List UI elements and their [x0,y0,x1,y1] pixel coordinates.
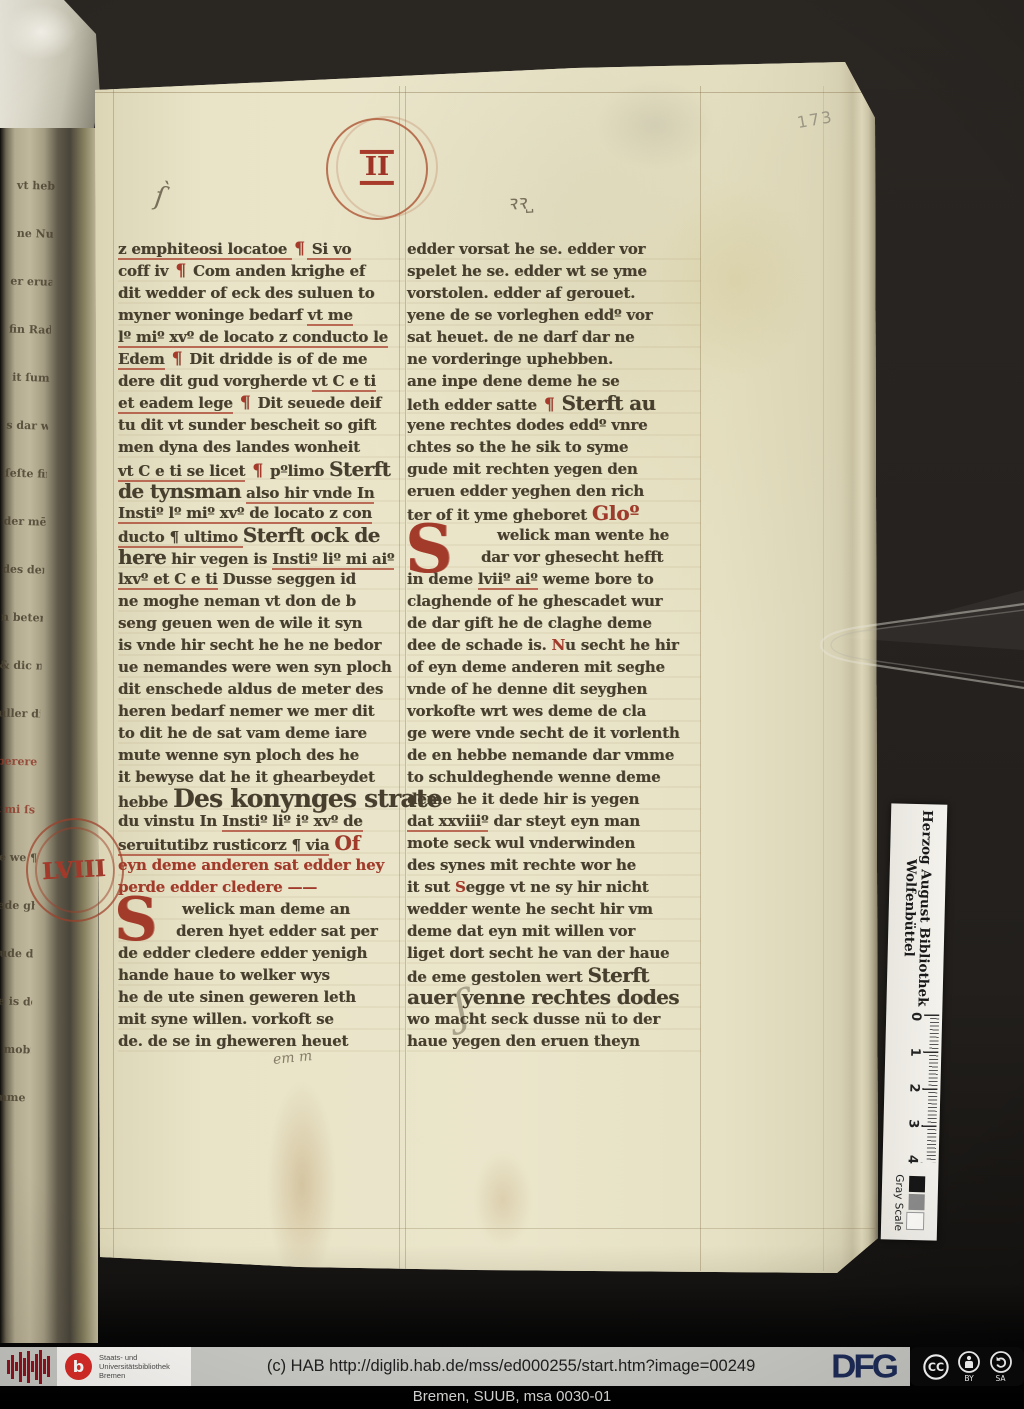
svg-text:CC: CC [927,1361,943,1374]
text-line: Instiº lº miº xvº de locato z con [118,502,405,524]
text-line: dat xxviiiº dar steyt eyn man [407,810,701,832]
text-fragment: berere is m [0,737,40,786]
pen-trial-mark: ſ̀ [153,181,167,212]
text-fragment: des dem [2,545,45,594]
text-fragment: s dar w [6,402,49,451]
text-fragment: gude dei [0,929,34,978]
text-line: to dit he de sat vam deme iare [118,722,405,744]
library-bars-logo [0,1347,57,1386]
text-line: deren hyet edder sat per [118,920,405,942]
text-fragment: fin Rad [8,306,51,355]
text-line: claghende of he ghescadet wur [407,590,701,612]
text-line: des synes mit rechte wor he [407,854,701,876]
manuscript-page: 173 II ſ̀ ꝛꝛ˽ em m ʃ z emphiteosi locato… [55,60,885,1295]
text-line: gude mit rechten yegen den [407,458,701,480]
text-line: de. de se in gheweren heuet [118,1030,405,1052]
facing-page-gutter: vt hebne Nuer eruafin Radit ſums dar wſe… [0,128,98,1343]
text-line: vorkofte wrt wes deme de cla [407,700,701,722]
color-reference-ruler: Herzog August Bibliothek Wolfenbüttel 01… [881,803,948,1242]
text-line: haue yegen den eruen theyn [407,1030,701,1052]
text-line: deme dat eyn mit willen vor [407,920,701,942]
text-line: ducto ¶ ultimo Sterft ock de [118,524,405,546]
text-line: coff iv ¶ Com anden krighe ef [118,260,405,282]
folio-number: 173 [796,107,835,132]
text-line: ne moghe neman vt don de b [118,590,405,612]
quire-mark-label: II [360,150,394,185]
text-line: auer yenne rechtes dodes [407,986,701,1008]
drop-cap-initial: S [405,516,452,582]
text-line: chtes so the he sik to syme [407,436,701,458]
text-line: ane inpe dene deme he se [407,370,701,392]
cc-license-badge: CC BY SA [910,1347,1024,1386]
text-column-left: z emphiteosi locatoe ¶ Si vocoff iv ¶ Co… [118,238,405,1052]
text-line: vnde of he denne dit seyghen [407,678,701,700]
text-line: liget dort secht he van der haue [407,942,701,964]
text-line: eyn deme anderen sat edder hey [118,854,405,876]
bremen-b-icon: b [65,1353,92,1380]
text-line: mote seck wul vnderwinden [407,832,701,854]
bremen-library-logo: b Staats- und Universitätsbibliothek Bre… [57,1347,191,1386]
text-line: lxvº et C e ti Dusse seggen id [118,568,405,590]
copyright-url-text: (c) HAB http://diglib.hab.de/mss/ed00025… [191,1347,831,1386]
text-fragment: n beter jn [0,593,43,642]
ruler-ticks [921,1014,940,1162]
text-line: de eme gestolen wert Sterft [407,964,701,986]
text-line: seng geuen wen de wile it syn [118,612,405,634]
text-line: seruitutibz rusticorz ¶ via Of [118,832,405,854]
text-line: ne vorderinge uphebben. [407,348,701,370]
text-line: to schuldeghende wenne deme [407,766,701,788]
text-fragment: der mēd [3,497,46,546]
chapter-number-medallion: LVIII [23,816,126,925]
gray-scale-label: Gray Scale [892,1170,906,1236]
stain [595,80,715,170]
text-column-right: edder vorsat he se. edder vorspelet he s… [407,238,701,1052]
bremen-library-name: Staats- und Universitätsbibliothek Breme… [99,1353,170,1380]
text-line: wo macht seck dusse nü to der [407,1008,701,1030]
text-line: deme he it dede hir is yegen [407,788,701,810]
text-fragment: rt mobil [0,1025,32,1074]
text-line: Edem ¶ Dit dridde is of de me [118,348,405,370]
text-line: it sut Segge vt ne sy hir nicht [407,876,701,898]
text-line: edder vorsat he se. edder vor [407,238,701,260]
cc-sa-icon: SA [989,1350,1013,1383]
page-holder-clamp [805,588,1024,700]
text-fragment: vt heb [12,162,55,211]
text-line: myner woninge bedarf vt me [118,304,405,326]
text-line: spelet he se. edder wt se yme [407,260,701,282]
text-line: de edder cledere edder yenigh [118,942,405,964]
text-fragment: gmme r [0,1073,30,1122]
text-line: men dyna des landes wonheit [118,436,405,458]
text-fragment: ſeſte fin [4,449,47,498]
text-fragment: it ſum [7,354,50,403]
ruling-line [95,92,871,93]
facing-page-text-fragments: vt hebne Nuer eruafin Radit ſums dar wſe… [0,162,56,1143]
text-line: ue nemandes were wen syn ploch [118,656,405,678]
text-line: tu dit vt sunder bescheit so gift [118,414,405,436]
cc-by-icon: BY [957,1350,981,1383]
text-line: of eyn deme anderen mit seghe [407,656,701,678]
text-line: lº miº xvº de locato z conducto le [118,326,405,348]
text-line: du vinstu In Instiº liº iº xvº de [118,810,405,832]
text-line: leth edder satte ¶ Sterft au [407,392,701,414]
text-line: mute wenne syn ploch des he [118,744,405,766]
text-line: here hir vegen is Instiº liº mi aiº [118,546,405,568]
text-line: hande haue to welker wys [118,964,405,986]
quire-mark-circle: II [326,118,428,220]
text-line: welick man deme an [118,898,405,920]
ruler-scale: 01234 [882,1011,942,1170]
text-fragment: ne Nu [11,210,54,259]
text-line: dit wedder of eck des suluen to [118,282,405,304]
ruling-line [113,86,114,1271]
text-line: eruen edder yeghen den rich [407,480,701,502]
ruling-line [97,1228,875,1229]
stain [473,1150,533,1250]
ruling-line [405,86,406,1271]
footer-bar: b Staats- und Universitätsbibliothek Bre… [0,1347,1024,1386]
text-line: vt C e ti se licet ¶ pºlimo Sterft [118,458,405,480]
text-line: dee de schade is. Nu secht he hir [407,634,701,656]
text-fragment: er erua [10,258,53,307]
text-line: z emphiteosi locatoe ¶ Si vo [118,238,405,260]
cc-icon: CC [922,1353,950,1381]
shelfmark-caption: Bremen, SUUB, msa 0030-01 [0,1388,1024,1405]
text-fragment: & dic nvo [0,641,42,690]
digitized-manuscript-scan: vt hebne Nuer eruafin Radit ſums dar wſe… [0,0,1024,1409]
pen-trial-mark: ꝛꝛ˽ [506,187,535,216]
text-fragment: de is det [0,977,33,1026]
text-line: wedder wente he secht hir vm [407,898,701,920]
gray-scale-target: Gray Scale [892,1170,928,1237]
text-line: de dar gift he de claghe deme [407,612,701,634]
text-line: perde edder cledere —— [118,876,405,898]
text-line: yene de se vorleghen eddº vor [407,304,701,326]
gray-scale-patches [906,1170,926,1236]
page-bottom-shadow [55,1245,885,1295]
text-line: is vnde hir secht he he ne bedor [118,634,405,656]
dfg-logo: DFG [831,1347,910,1386]
text-line: mit syne willen. vorkoft se [118,1008,405,1030]
library-name-label: Herzog August Bibliothek Wolfenbüttel [899,804,934,1013]
text-line: dere dit gud vorgherde vt C e ti [118,370,405,392]
text-line: he de ute sinen geweren leth [118,986,405,1008]
text-fragment: uller dirde [0,689,41,738]
text-line: heren bedarf nemer we mer dit [118,700,405,722]
chapter-number-label: LVIII [41,855,106,885]
text-line: sat heuet. de ne darf dar ne [407,326,701,348]
text-line: dit enschede aldus de meter des [118,678,405,700]
text-line: de en hebbe nemande dar vmme [407,744,701,766]
text-line: vorstolen. edder af gerouet. [407,282,701,304]
text-line: et eadem lege ¶ Dit seuede deif [118,392,405,414]
text-line: de tynsman also hir vnde In [118,480,405,502]
text-line: hebbe Des konynges strate [118,788,405,810]
text-line: ge were vnde secht de it vorlenth [407,722,701,744]
text-line: yene rechtes dodes eddº vnre [407,414,701,436]
